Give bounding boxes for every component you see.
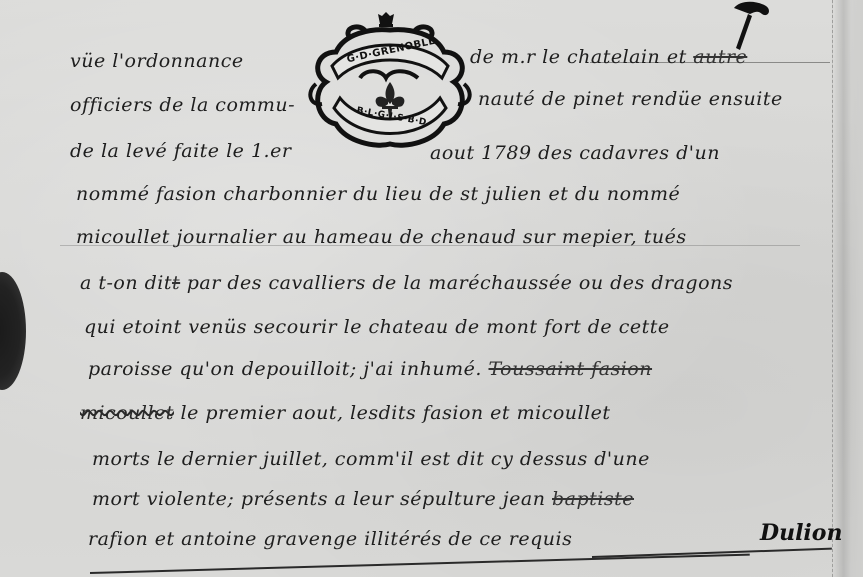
- line-1-right: de m.r le chatelain et: [470, 46, 687, 68]
- line-2-right: nauté de pinet rendüe ensuite: [478, 88, 783, 110]
- text-line-6: a t-on ditt par des cavalliers de la mar…: [80, 272, 733, 294]
- text-line-9: micoullet le premier aout, lesdits fasio…: [80, 402, 611, 424]
- text-line-7: qui etoint venüs secourir le chateau de …: [84, 316, 670, 338]
- line-8-text: paroisse qu'on depouilloit; j'ai inhumé.: [88, 358, 482, 380]
- stamp-frame-icon: [306, 12, 474, 152]
- text-line-1: vüe l'ordonnance: [70, 50, 244, 72]
- text-line-4: nommé fasion charbonnier du lieu de st j…: [76, 183, 680, 205]
- priest-signature: Dulion: [760, 520, 842, 546]
- line-3-right: aout 1789 des cadavres d'un: [430, 142, 720, 164]
- text-line-11: mort violente; présents a leur sépulture…: [92, 488, 634, 510]
- line-4-text: nommé fasion charbonnier du lieu de st j…: [76, 183, 680, 205]
- line-6-text: par des cavalliers de la maréchaussée ou…: [187, 272, 733, 294]
- line-5-text: micoullet journalier au hameau de chenau…: [76, 226, 687, 248]
- line-9-text: le premier aout, lesdits fasion et micou…: [181, 402, 611, 424]
- line-3-left: de la levé faite le 1.er: [70, 140, 291, 162]
- text-line-8: paroisse qu'on depouilloit; j'ai inhumé.…: [88, 358, 652, 380]
- struck-name: Toussaint fasion: [488, 358, 652, 380]
- text-line-3: de la levé faite le 1.er: [70, 140, 291, 162]
- page-edge: [832, 0, 863, 577]
- text-line-5: micoullet journalier au hameau de chenau…: [76, 226, 687, 248]
- struck-word: autre: [693, 46, 747, 68]
- crown-icon: [378, 12, 394, 27]
- grenoble-stamp: G·D·GRENOBLE B·L·G·I·S·B·D: [306, 12, 474, 152]
- text-line-1-right: de m.r le chatelain et autre: [470, 46, 747, 68]
- text-line-10: morts le dernier juillet, comm'il est di…: [92, 448, 650, 470]
- text-line-3-right: aout 1789 des cadavres d'un: [430, 142, 720, 164]
- line-12-text: rafion et antoine gravenge illitérés de …: [88, 528, 572, 550]
- entry-closing-rule: [90, 554, 750, 574]
- text-line-12: rafion et antoine gravenge illitérés de …: [88, 528, 572, 550]
- line-6-pre: a t-on dit: [80, 272, 172, 294]
- line-2-left: officiers de la commu-: [70, 94, 295, 116]
- line-10-text: morts le dernier juillet, comm'il est di…: [92, 448, 650, 470]
- text-line-2: officiers de la commu-: [70, 94, 295, 116]
- line-11-text: mort violente; présents a leur sépulture…: [92, 488, 545, 510]
- text-line-2-right: nauté de pinet rendüe ensuite: [478, 88, 783, 110]
- struck-letter: t: [172, 272, 180, 294]
- ink-blot: [0, 272, 26, 390]
- struck-name: micoullet: [80, 402, 174, 424]
- document-page: G·D·GRENOBLE B·L·G·I·S·B·D vüe l'ordonna…: [0, 0, 863, 577]
- line-1-left: vüe l'ordonnance: [70, 50, 244, 72]
- struck-word: baptiste: [552, 488, 634, 510]
- line-7-text: qui etoint venüs secourir le chateau de …: [84, 316, 670, 338]
